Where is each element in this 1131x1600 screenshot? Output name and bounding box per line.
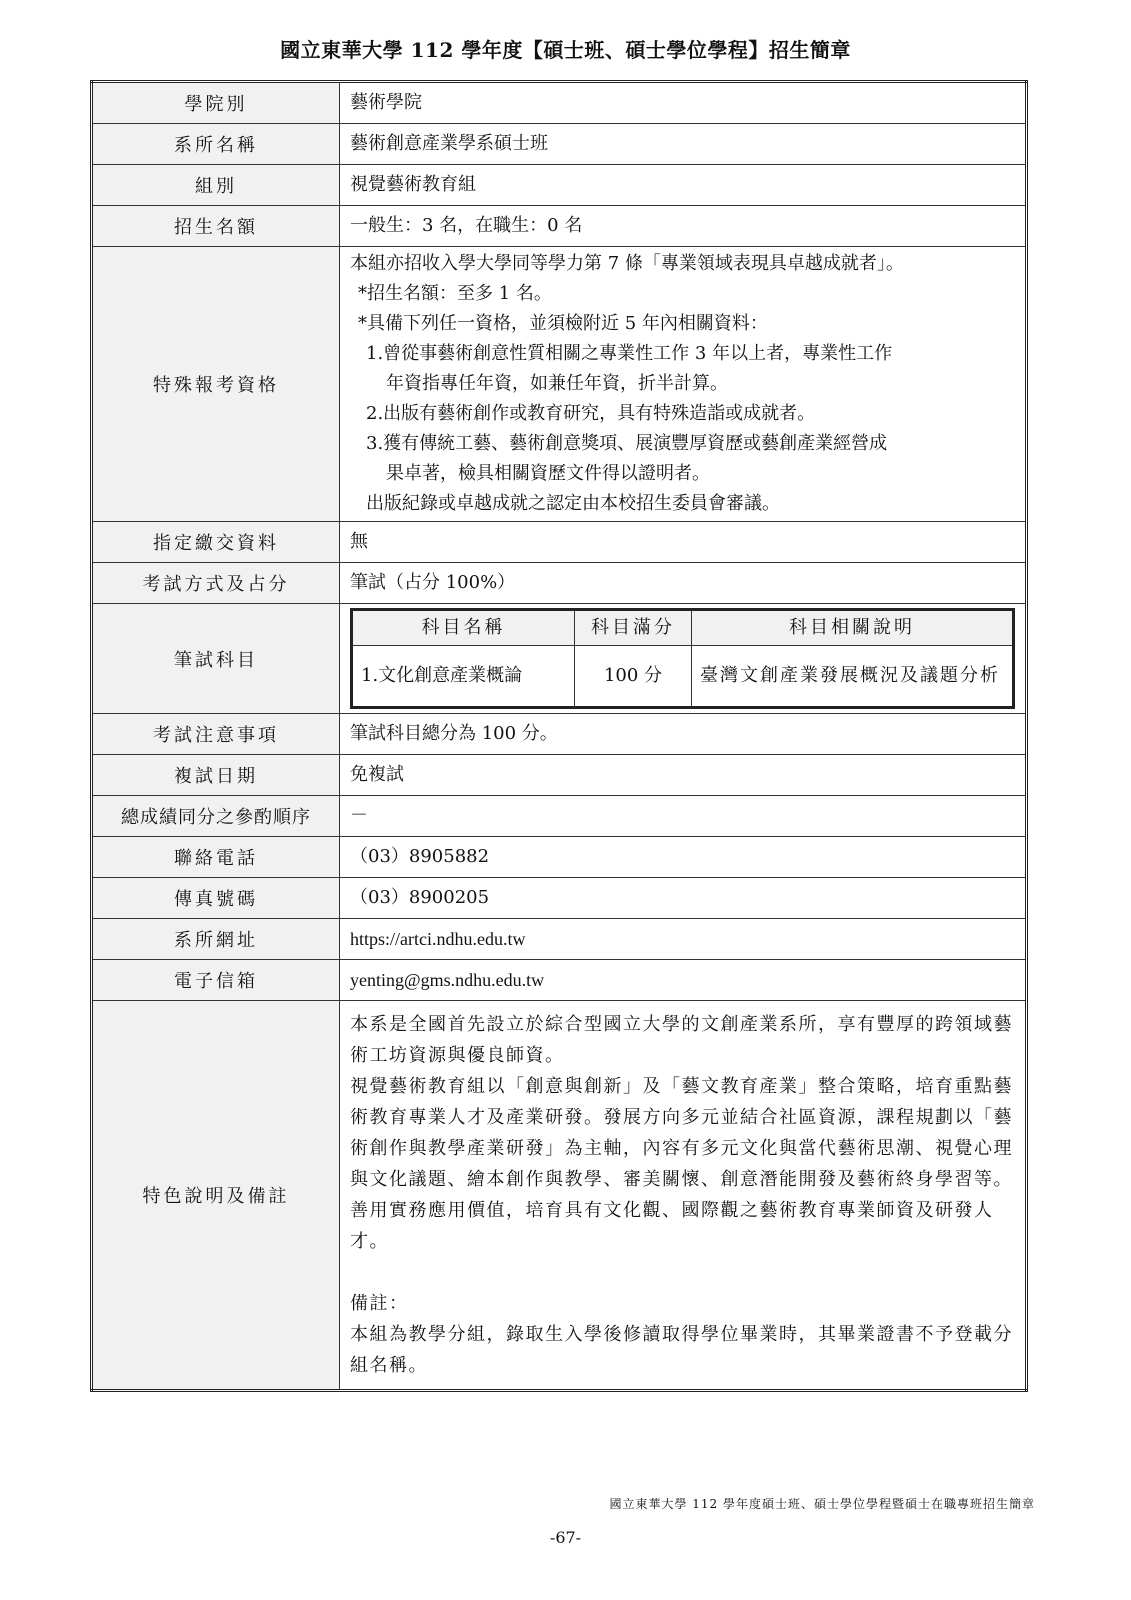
subject-score: 100 分 <box>575 646 692 708</box>
label-written-subjects: 筆試科目 <box>92 604 340 714</box>
document-title: 國立東華大學 112 學年度【碩士班、碩士學位學程】招生簡章 <box>0 34 1131 63</box>
subject-name: 1.文化創意產業概論 <box>352 646 575 708</box>
subject-desc: 臺灣文創產業發展概況及議題分析 <box>692 646 1014 708</box>
subjects-header-score: 科目滿分 <box>575 610 692 646</box>
value-fax: （03）8900205 <box>340 878 1027 919</box>
subjects-header-desc: 科目相關說明 <box>692 610 1014 646</box>
special-line-item3: 3.獲有傳統工藝、藝術創意獎項、展演豐厚資歷或藝創產業經營成 <box>350 429 1015 459</box>
page-number: -67- <box>0 1528 1131 1547</box>
special-line-requirement: *具備下列任一資格，並須檢附近 5 年內相關資料： <box>350 309 1015 339</box>
label-quota: 招生名額 <box>92 206 340 247</box>
features-spacer <box>350 1257 1015 1288</box>
row-documents: 指定繳交資料 無 <box>92 522 1027 563</box>
label-fax: 傳真號碼 <box>92 878 340 919</box>
value-tie-order: － <box>340 796 1027 837</box>
label-tie-order: 總成績同分之參酌順序 <box>92 796 340 837</box>
label-phone: 聯絡電話 <box>92 837 340 878</box>
special-line-item3-cont: 果卓著，檢具相關資歷文件得以證明者。 <box>350 459 1015 489</box>
subjects-header-row: 科目名稱 科目滿分 科目相關說明 <box>352 610 1014 646</box>
label-department: 系所名稱 <box>92 124 340 165</box>
label-special-qualification: 特殊報考資格 <box>92 247 340 522</box>
row-email: 電子信箱 yenting@gms.ndhu.edu.tw <box>92 960 1027 1001</box>
row-tie-order: 總成績同分之參酌順序 － <box>92 796 1027 837</box>
label-features: 特色說明及備註 <box>92 1001 340 1391</box>
row-retest-date: 複試日期 免複試 <box>92 755 1027 796</box>
special-line-intro: 本組亦招收入學大學同等學力第 7 條「專業領域表現具卓越成就者」。 <box>350 249 1015 279</box>
email-link[interactable]: yenting@gms.ndhu.edu.tw <box>340 960 1027 1001</box>
label-exam-method: 考試方式及占分 <box>92 563 340 604</box>
subject-row: 1.文化創意產業概論 100 分 臺灣文創產業發展概況及議題分析 <box>352 646 1014 708</box>
row-group: 組別 視覺藝術教育組 <box>92 165 1027 206</box>
special-line-quota: *招生名額：至多 1 名。 <box>350 279 1015 309</box>
label-retest-date: 複試日期 <box>92 755 340 796</box>
features-note: 本組為教學分組，錄取生入學後修讀取得學位畢業時，其畢業證書不予登載分組名稱。 <box>350 1319 1015 1381</box>
value-exam-method: 筆試（占分 100%） <box>340 563 1027 604</box>
page-footer: 國立東華大學 112 學年度碩士班、碩士學位學程暨碩士在職專班招生簡章 <box>609 1495 1035 1512</box>
label-documents: 指定繳交資料 <box>92 522 340 563</box>
features-para1: 本系是全國首先設立於綜合型國立大學的文創產業系所，享有豐厚的跨領域藝術工坊資源與… <box>350 1009 1015 1071</box>
special-line-item1: 1.曾從事藝術創意性質相關之專業性工作 3 年以上者，專業性工作 <box>350 339 1015 369</box>
label-email: 電子信箱 <box>92 960 340 1001</box>
special-line-item1-cont: 年資指專任年資，如兼任年資，折半計算。 <box>350 369 1015 399</box>
admission-table: 學院別 藝術學院 系所名稱 藝術創意產業學系碩士班 組別 視覺藝術教育組 招生名… <box>90 80 1028 1392</box>
label-exam-notes: 考試注意事項 <box>92 714 340 755</box>
value-special-qualification: 本組亦招收入學大學同等學力第 7 條「專業領域表現具卓越成就者」。 *招生名額：… <box>340 247 1027 522</box>
subjects-table: 科目名稱 科目滿分 科目相關說明 1.文化創意產業概論 100 分 臺灣文創產業… <box>350 608 1015 709</box>
value-phone: （03）8905882 <box>340 837 1027 878</box>
row-special-qualification: 特殊報考資格 本組亦招收入學大學同等學力第 7 條「專業領域表現具卓越成就者」。… <box>92 247 1027 522</box>
row-exam-method: 考試方式及占分 筆試（占分 100%） <box>92 563 1027 604</box>
value-retest-date: 免複試 <box>340 755 1027 796</box>
features-note-label: 備註： <box>350 1288 1015 1319</box>
special-line-review: 出版紀錄或卓越成就之認定由本校招生委員會審議。 <box>350 489 1015 519</box>
value-college: 藝術學院 <box>340 82 1027 124</box>
special-line-item2: 2.出版有藝術創作或教育研究，具有特殊造詣或成就者。 <box>350 399 1015 429</box>
row-phone: 聯絡電話 （03）8905882 <box>92 837 1027 878</box>
features-para2: 視覺藝術教育組以「創意與創新」及「藝文教育產業」整合策略，培育重點藝術教育專業人… <box>350 1071 1015 1257</box>
value-department: 藝術創意產業學系碩士班 <box>340 124 1027 165</box>
row-college: 學院別 藝術學院 <box>92 82 1027 124</box>
value-quota: 一般生：3 名，在職生：0 名 <box>340 206 1027 247</box>
row-exam-notes: 考試注意事項 筆試科目總分為 100 分。 <box>92 714 1027 755</box>
row-features: 特色說明及備註 本系是全國首先設立於綜合型國立大學的文創產業系所，享有豐厚的跨領… <box>92 1001 1027 1391</box>
value-group: 視覺藝術教育組 <box>340 165 1027 206</box>
value-features: 本系是全國首先設立於綜合型國立大學的文創產業系所，享有豐厚的跨領域藝術工坊資源與… <box>340 1001 1027 1391</box>
row-website: 系所網址 https://artci.ndhu.edu.tw <box>92 919 1027 960</box>
label-group: 組別 <box>92 165 340 206</box>
row-written-subjects: 筆試科目 科目名稱 科目滿分 科目相關說明 1.文化創意產業概論 100 分 <box>92 604 1027 714</box>
website-link[interactable]: https://artci.ndhu.edu.tw <box>340 919 1027 960</box>
label-website: 系所網址 <box>92 919 340 960</box>
value-exam-notes: 筆試科目總分為 100 分。 <box>340 714 1027 755</box>
row-department: 系所名稱 藝術創意產業學系碩士班 <box>92 124 1027 165</box>
subjects-header-name: 科目名稱 <box>352 610 575 646</box>
value-documents: 無 <box>340 522 1027 563</box>
label-college: 學院別 <box>92 82 340 124</box>
row-quota: 招生名額 一般生：3 名，在職生：0 名 <box>92 206 1027 247</box>
value-written-subjects: 科目名稱 科目滿分 科目相關說明 1.文化創意產業概論 100 分 臺灣文創產業… <box>340 604 1027 714</box>
row-fax: 傳真號碼 （03）8900205 <box>92 878 1027 919</box>
